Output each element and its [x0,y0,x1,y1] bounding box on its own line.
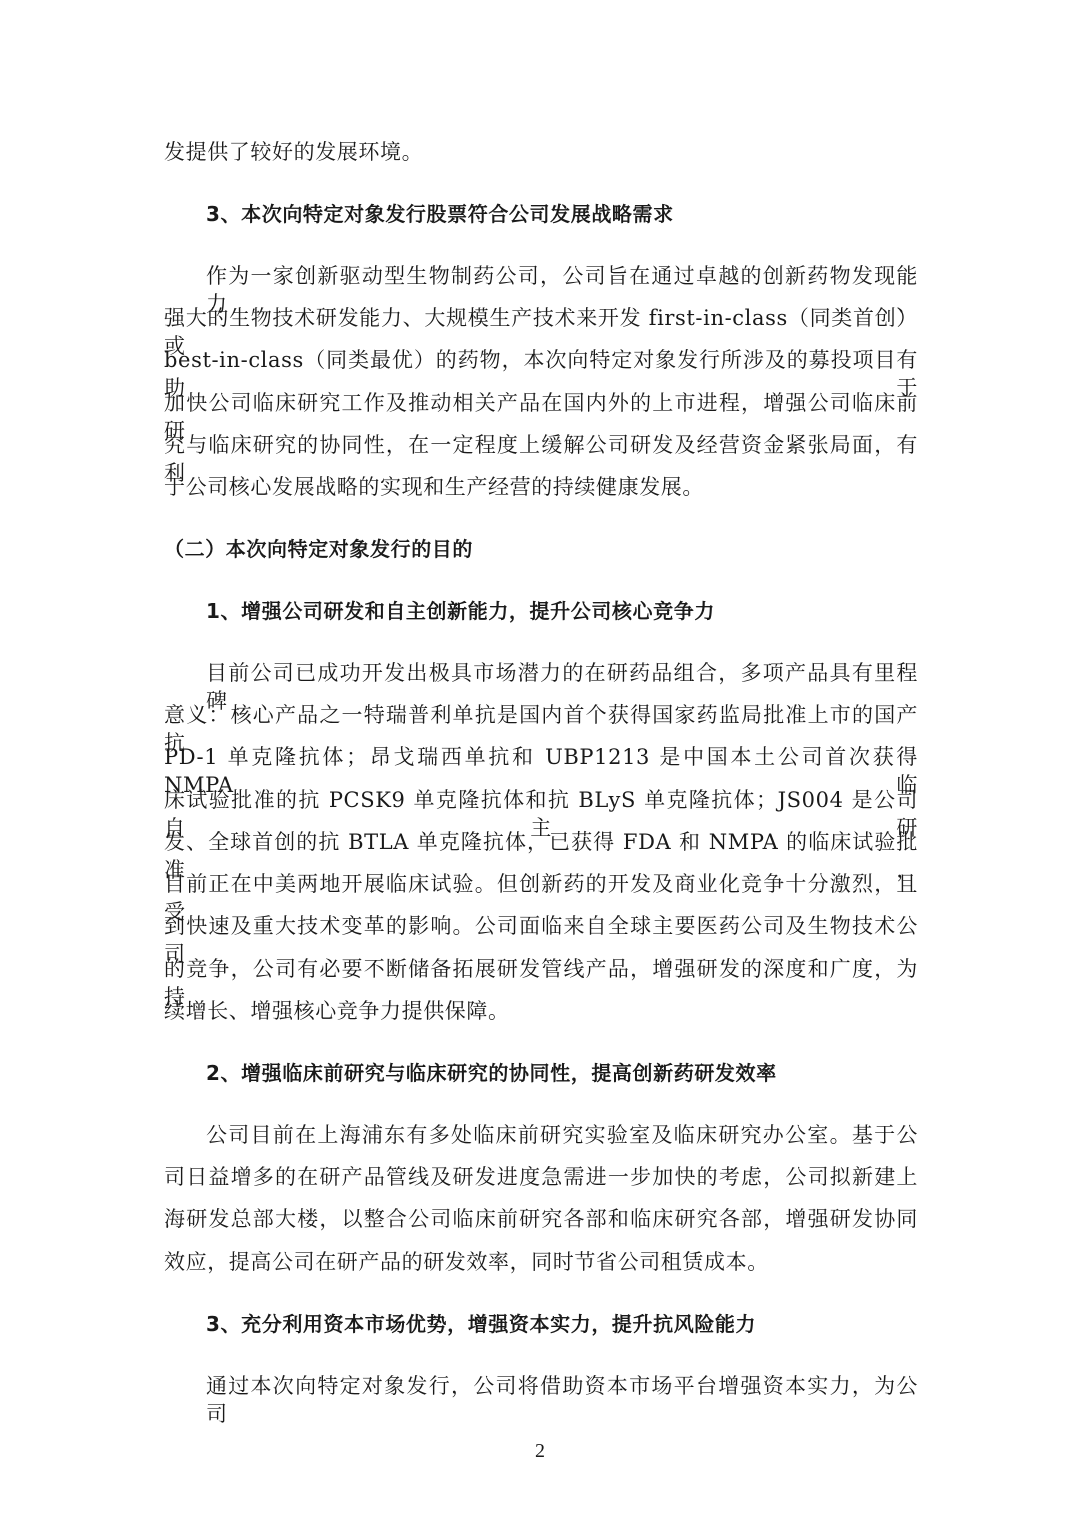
paragraph-line: 司日益增多的在研产品管线及研发进度急需进一步加快的考虑，公司拟新建上 [164,1163,918,1191]
paragraph-line: 于公司核心发展战略的实现和生产经营的持续健康发展。 [164,473,704,501]
page-number: 2 [0,1440,1080,1463]
paragraph-line: 公司目前在上海浦东有多处临床前研究实验室及临床研究办公室。基于公 [206,1121,918,1149]
subsection-heading-3-capital: 3、充分利用资本市场优势，增强资本实力，提升抗风险能力 [206,1310,756,1338]
subsection-heading-3-strategy: 3、本次向特定对象发行股票符合公司发展战略需求 [206,200,674,228]
subsection-heading-1-rd: 1、增强公司研发和自主创新能力，提升公司核心竞争力 [206,597,715,625]
paragraph-line: 续增长、增强核心竞争力提供保障。 [164,997,510,1025]
body-text-continuation: 发提供了较好的发展环境。 [164,138,423,166]
section-heading-purpose: （二）本次向特定对象发行的目的 [164,535,473,563]
paragraph-line: 效应，提高公司在研产品的研发效率，同时节省公司租赁成本。 [164,1248,769,1276]
subsection-heading-2-synergy: 2、增强临床前研究与临床研究的协同性，提高创新药研发效率 [206,1059,777,1087]
paragraph-line: 通过本次向特定对象发行，公司将借助资本市场平台增强资本实力，为公司 [206,1372,918,1428]
paragraph-line: 海研发总部大楼，以整合公司临床前研究各部和临床研究各部，增强研发协同 [164,1205,918,1233]
